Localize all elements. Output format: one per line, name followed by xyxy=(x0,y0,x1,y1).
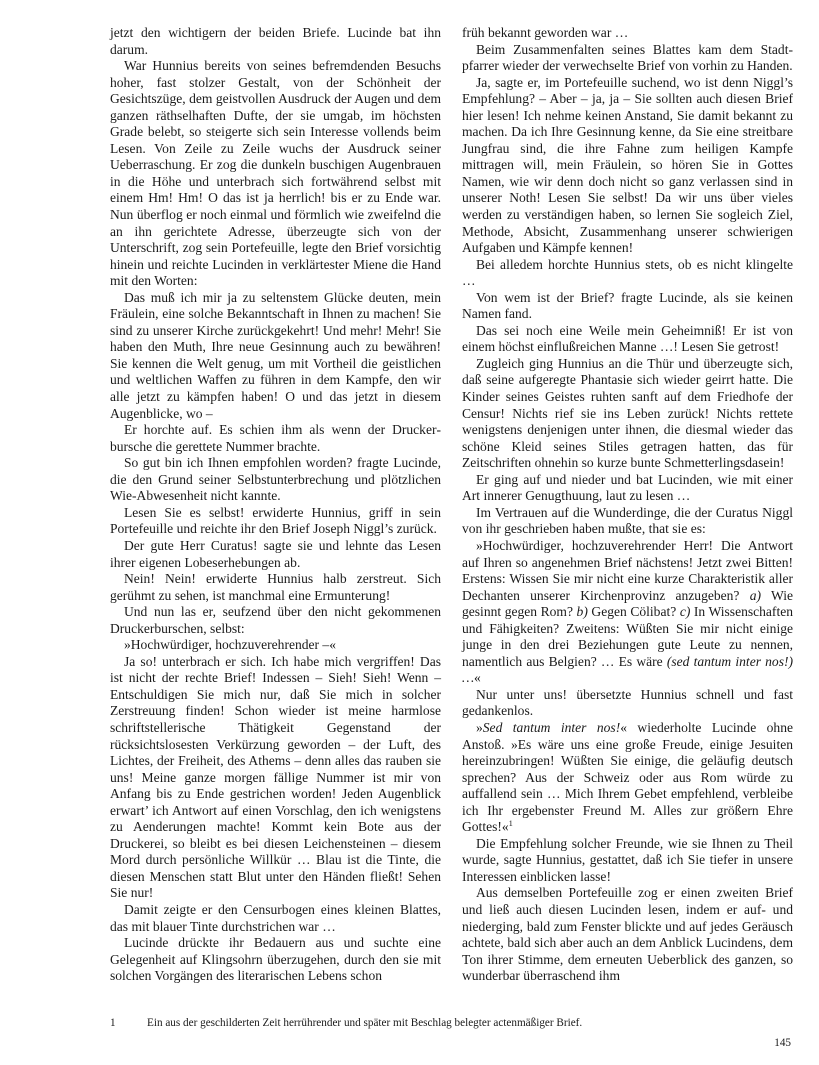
paragraph: Ja so! unterbrach er sich. Ich habe mich… xyxy=(110,654,441,902)
footnote-number: 1 xyxy=(110,1016,147,1030)
paragraph: Nein! Nein! erwiderte Hunnius halb zerst… xyxy=(110,571,441,604)
paragraph: Aus demselben Portefeuille zog er einen … xyxy=(462,885,793,984)
text-run: « wiederholte Lucinde ohne Anstoß. »Es w… xyxy=(462,720,793,834)
text-run: Gegen Cölibat? xyxy=(588,604,680,619)
paragraph: War Hunnius bereits von seines befremden… xyxy=(110,58,441,290)
text-run: » xyxy=(476,720,483,735)
paragraph: Der gute Herr Curatus! sagte sie und leh… xyxy=(110,538,441,571)
paragraph: Zugleich ging Hunnius an die Thür und üb… xyxy=(462,356,793,472)
book-page: jetzt den wichtigern der beiden Briefe. … xyxy=(0,0,819,1065)
italic-text: a) xyxy=(750,588,761,603)
paragraph: Bei alledem horchte Hunnius stets, ob es… xyxy=(462,257,793,290)
paragraph: Lesen Sie es selbst! erwiderte Hunnius, … xyxy=(110,505,441,538)
text-run: »Hochwürdiger, hochzuverehrender Herr! D… xyxy=(462,538,793,603)
text-run: « xyxy=(474,670,481,685)
italic-text: c) xyxy=(680,604,691,619)
paragraph: Lucinde drückte ihr Bedauern aus und suc… xyxy=(110,935,441,985)
footnote: 1 Ein aus der geschilderten Zeit herrühr… xyxy=(110,1016,710,1030)
paragraph: »Hochwürdiger, hochzuverehrender Herr! D… xyxy=(462,538,793,687)
paragraph: Nur unter uns! übersetzte Hunnius schnel… xyxy=(462,687,793,720)
paragraph: Von wem ist der Brief? fragte Lucinde, a… xyxy=(462,290,793,323)
italic-text: Sed tantum inter nos! xyxy=(483,720,620,735)
left-column: jetzt den wichtigern der beiden Briefe. … xyxy=(110,25,441,985)
paragraph: früh bekannt geworden war … xyxy=(462,25,793,42)
page-number: 145 xyxy=(774,1036,791,1050)
footnote-reference: 1 xyxy=(509,818,513,828)
paragraph: Er horchte auf. Es schien ihm als wenn d… xyxy=(110,422,441,455)
paragraph: »Hochwürdiger, hochzuverehrender –« xyxy=(110,637,441,654)
paragraph: Beim Zusammenfalten seines Blattes kam d… xyxy=(462,42,793,75)
paragraph: Das muß ich mir ja zu seltenstem Glücke … xyxy=(110,290,441,422)
right-column: früh bekannt geworden war …Beim Zusammen… xyxy=(462,25,793,985)
footnote-text: Ein aus der geschilderten Zeit herrühren… xyxy=(147,1016,582,1030)
paragraph: Im Vertrauen auf die Wunderdinge, die de… xyxy=(462,505,793,538)
paragraph: Ja, sagte er, im Portefeuille suchend, w… xyxy=(462,75,793,257)
paragraph: Er ging auf und nieder und bat Lucinden,… xyxy=(462,472,793,505)
paragraph: So gut bin ich Ihnen empfohlen worden? f… xyxy=(110,455,441,505)
paragraph: Und nun las er, seufzend über den nicht … xyxy=(110,604,441,637)
italic-text: b) xyxy=(577,604,588,619)
paragraph: »Sed tantum inter nos!« wiederholte Luci… xyxy=(462,720,793,836)
paragraph: jetzt den wichtigern der beiden Briefe. … xyxy=(110,25,441,58)
paragraph: Damit zeigte er den Censurbogen eines kl… xyxy=(110,902,441,935)
paragraph: Die Empfehlung solcher Freunde, wie sie … xyxy=(462,836,793,886)
paragraph: Das sei noch eine Weile mein Geheimniß! … xyxy=(462,323,793,356)
